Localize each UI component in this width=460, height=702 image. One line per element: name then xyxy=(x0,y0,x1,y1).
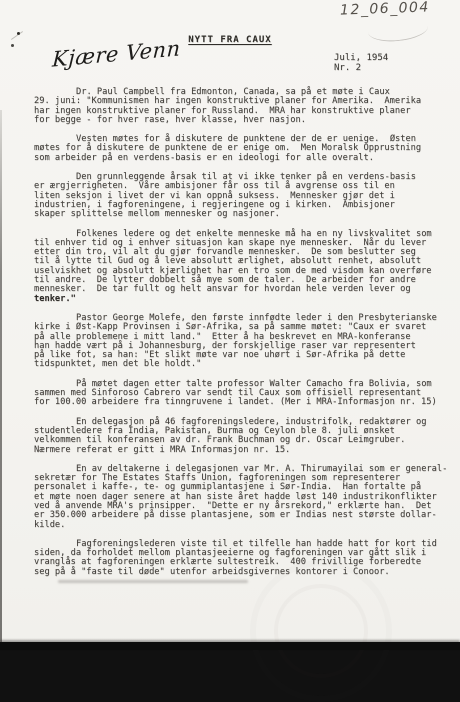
scan-edge-left xyxy=(0,110,2,650)
paragraph: Den grunnleggende årsak til at vi ikke t… xyxy=(34,173,452,219)
paragraph: En delegasjon på 46 fagforeningsledere, … xyxy=(34,418,452,455)
issue-date-block: Juli, 1954 Nr. 2 xyxy=(334,54,388,74)
scanned-page: 12_06_004 NYTT FRA CAUX Juli, 1954 Nr. 2… xyxy=(0,0,460,650)
paragraph: Fagforeningslederen viste til et tilfell… xyxy=(34,540,452,577)
scan-smudge xyxy=(58,580,248,583)
paragraph: På møtet dagen etter talte professor Wal… xyxy=(34,380,452,408)
document-body: Dr. Paul Campbell fra Edmonton, Canada, … xyxy=(34,88,452,587)
catalog-number: 12_06_004 xyxy=(340,0,430,19)
issue-number: Nr. 2 xyxy=(334,64,388,74)
paragraph: En av deltakerne i delegasjonen var Mr. … xyxy=(34,465,452,530)
paragraph: Folkenes ledere og det enkelte menneske … xyxy=(34,230,452,304)
newsletter-title: NYTT FRA CAUX xyxy=(0,35,460,45)
paragraph: Pastor George Molefe, den første innfødt… xyxy=(34,314,452,370)
paragraph: Dr. Paul Campbell fra Edmonton, Canada, … xyxy=(34,88,452,125)
paragraph: Vesten møtes for å diskutere de punktene… xyxy=(34,135,452,163)
scan-edge-bottom xyxy=(0,642,460,650)
